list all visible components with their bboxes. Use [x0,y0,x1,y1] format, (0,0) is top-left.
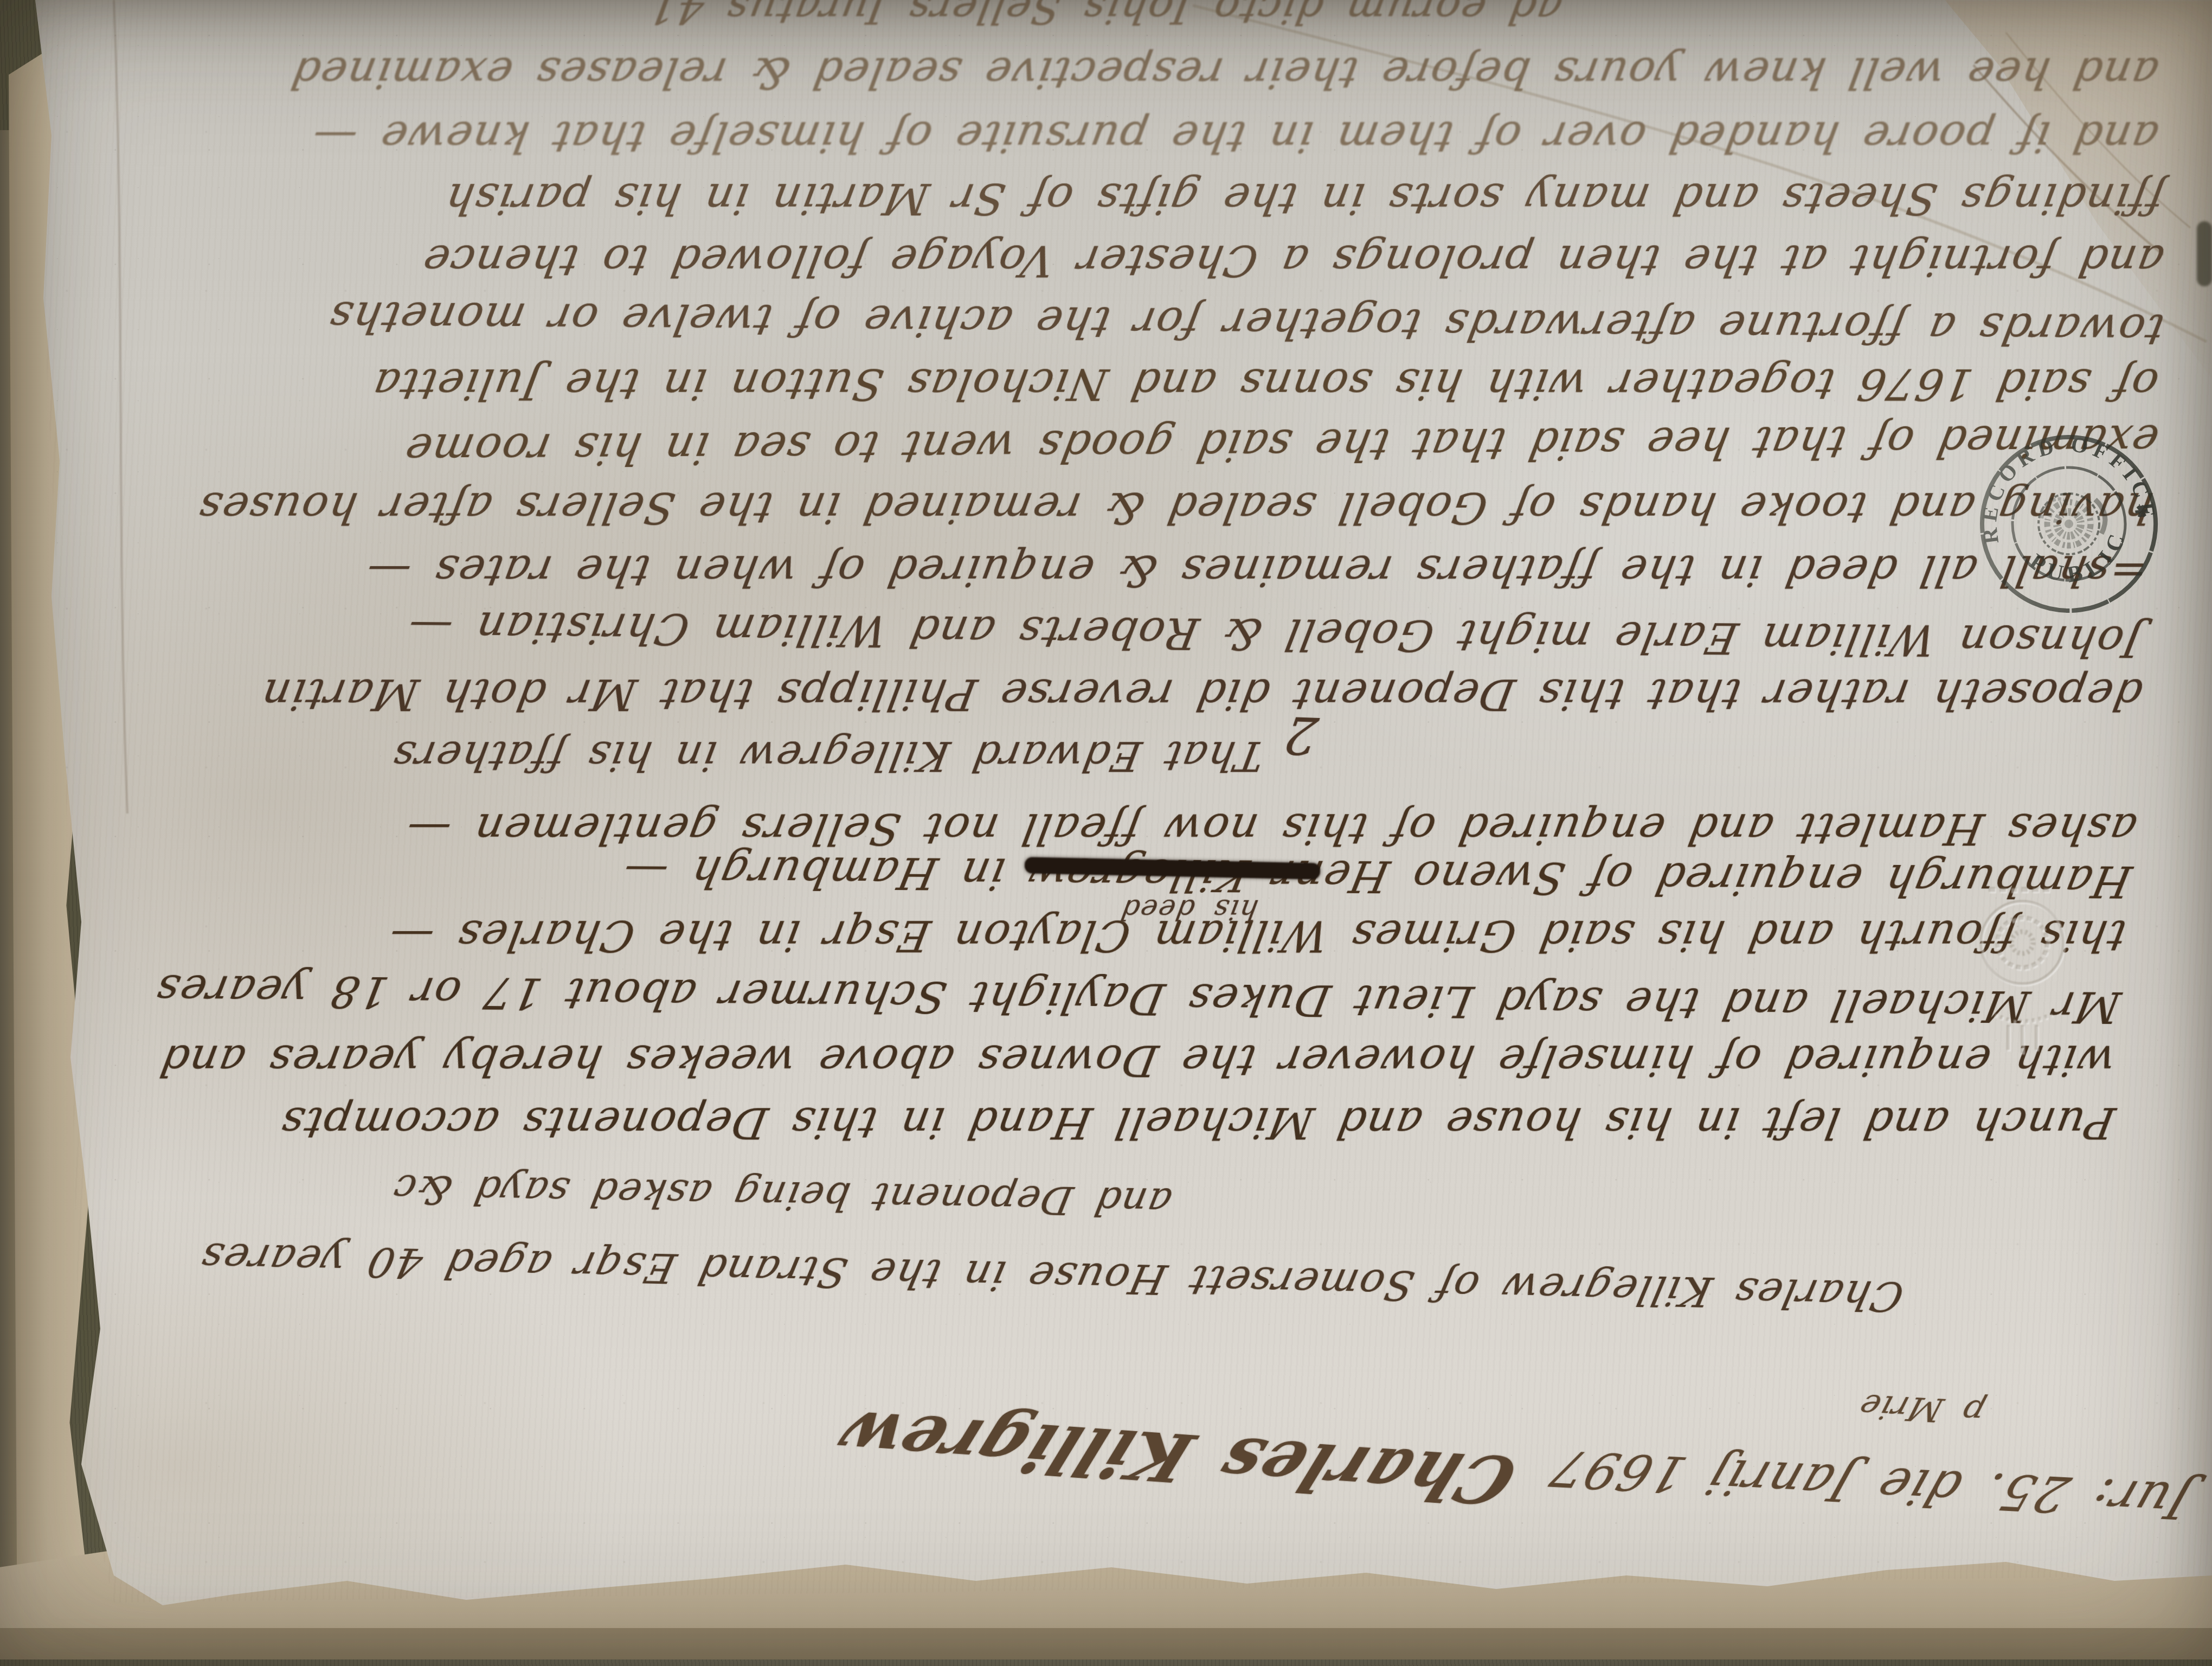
jurat-date: Jur: 25. die Janrij 1697 [1515,1426,2203,1540]
manuscript-line: That Edward Killegrew in his ffathers [228,726,1269,786]
manuscript-line: having and tooke hands of Gobell sealed … [60,477,2158,538]
manuscript-line: examined of that hee said that the said … [54,410,2163,482]
manuscript-line: and if poore handed over of them in the … [49,106,2163,167]
manuscript-line: of said 1676 togeather with his sonns an… [60,354,2163,414]
manuscript-line: Punch and left in his house and Michaell… [27,1092,2120,1153]
manuscript-line: =shall all deed in the ffathers remaines… [49,540,2152,601]
manuscript-line: Mr Michaell and the sayd Lieut Dukes Day… [27,958,2126,1037]
photo-frame: ad eorum dicto Johis Sellers Juratus 41 … [0,0,2212,1666]
manuscript-line: ffindings Sheets and many sorts in the g… [65,168,2169,229]
manuscript-line: and Deponent being asked sayd &c [368,1158,1176,1232]
manuscript-line: Johnson William Earle might Gobell & Rob… [54,593,2147,671]
manuscript-line: towards a ffortune afterwards together f… [54,285,2169,360]
manuscript-line: deposeth rather that this Deponent did r… [65,664,2147,725]
manuscript-line: and hee well knew yours before their res… [76,42,2163,103]
handwritten-text-layer: ad eorum dicto Johis Sellers Juratus 41 … [0,0,2212,1666]
marginal-answer-number: 2 [1237,702,1322,765]
interlined-correction: his deed [1076,890,1261,928]
public-record-office-stamp-icon: RECORD OFFICE PUBLIC ✱ [1975,430,2163,618]
jurat-mark: p Mrie [1823,1374,1993,1441]
manuscript-line: ad eorum dicto Johis Sellers Juratus 41 [385,0,1567,39]
embossed-rose-seal-icon [1956,851,2097,1079]
manuscript-line: and fortnight at the then prolongs a Che… [60,230,2169,291]
deponent-signature: Charles Killigrew [711,1373,1533,1533]
manuscript-line: Charles Killegrew of Somersett House in … [53,1225,1909,1327]
manuscript-line: with enquired of himselfe however the Do… [27,1030,2120,1091]
stamp-star-separator: ✱ [2131,503,2150,519]
